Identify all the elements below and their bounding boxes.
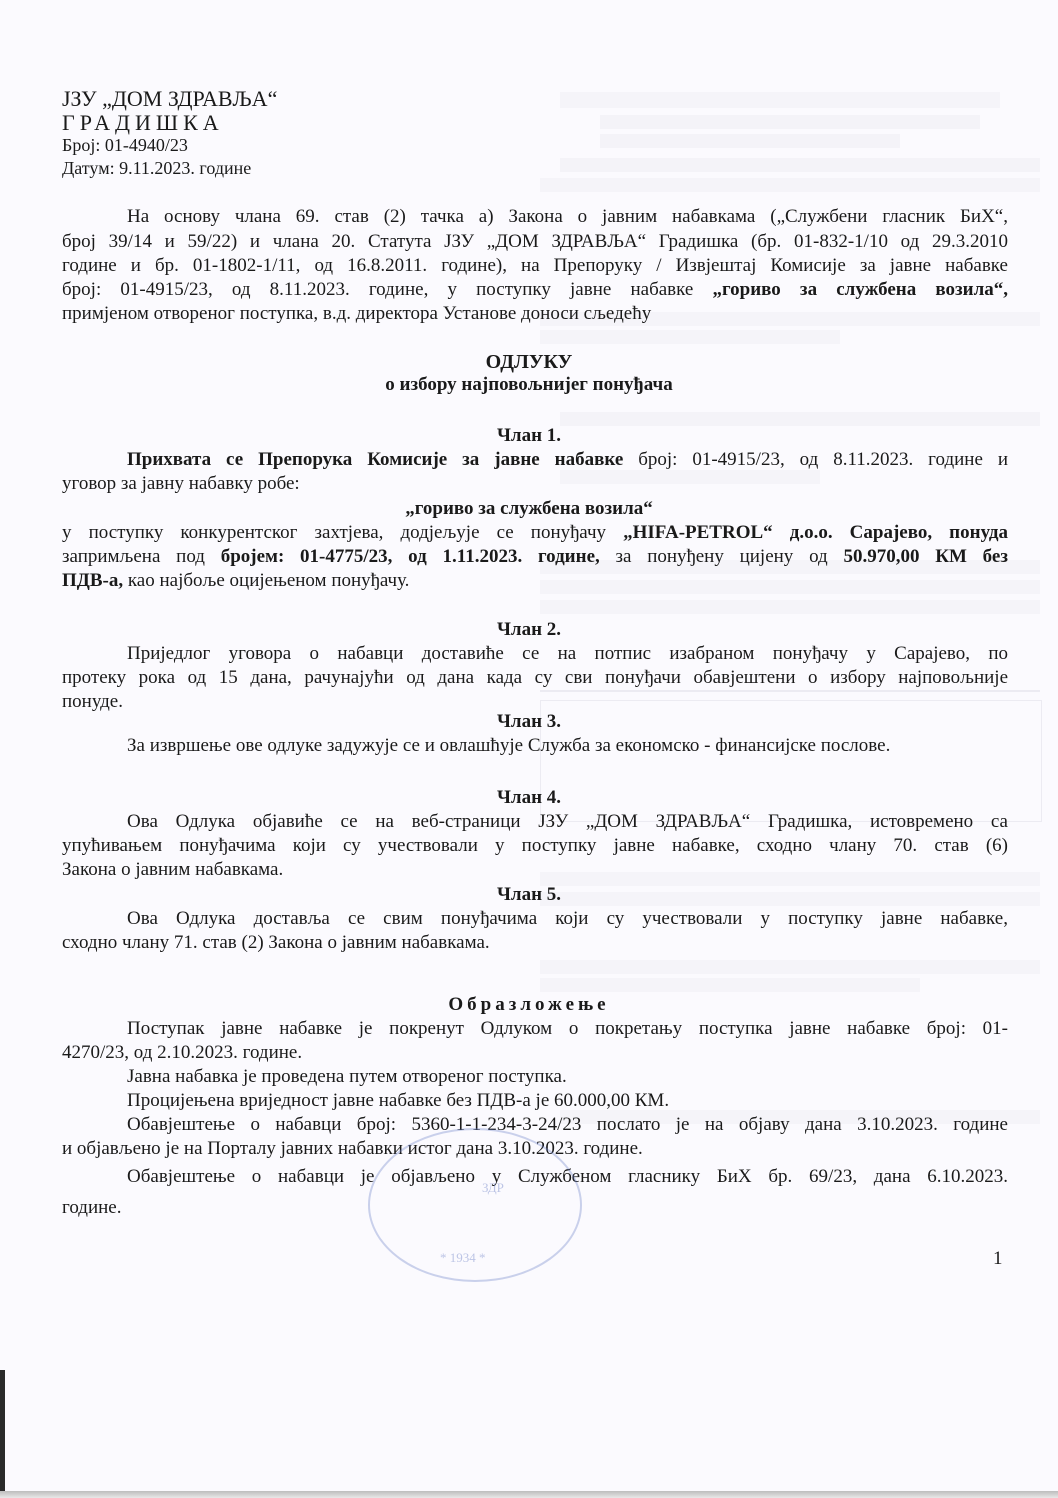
procurement-subject: „гориво за службена возила“, [712,279,1008,300]
article-heading: Члан 2. [0,618,1058,642]
article-line: протеку рока од 15 дана, рачунајући од д… [62,666,1008,690]
article-line: сходно члану 71. став (2) Закона о јавни… [62,931,490,955]
offered-price: 50.970,00 КМ без [843,546,1008,567]
institution-name: ЈЗУ „ДОМ ЗДРАВЉА“ [62,86,277,112]
reasoning-heading: Образложење [0,993,1058,1017]
preamble-line: године и бр. 01-1802-1/11, од 16.8.2011.… [62,254,1008,278]
reasoning-line: Процијењена вриједност јавне набавке без… [127,1089,669,1113]
page-number: 1 [993,1248,1003,1270]
article-line: За извршење ове одлуке задужује се и овл… [127,734,890,758]
article-heading: Члан 5. [0,883,1058,907]
decision-subtitle: о избору најповољнијег понуђача [0,373,1058,397]
article-line: у поступку конкурентског захтјева, додје… [62,521,1008,545]
selected-bidder: „HIFA-PETROL“ д.о.о. Сарајево, понуда [623,522,1008,543]
article-line: Ова Одлука објавиће се на веб-страници Ј… [127,810,1008,834]
article-line: Приједлог уговора о набавци доставиће се… [127,642,1008,666]
preamble-line: примјеном отвореног поступка, в.д. дирек… [62,302,651,326]
institution-city: ГРАДИШКА [62,110,224,136]
document-date: Датум: 9.11.2023. године [62,157,251,179]
article-line: Прихвата се Препорука Комисије за јавне … [127,448,1008,472]
procurement-subject: „гориво за службена возила“ [0,497,1058,521]
reasoning-line: Јавна набавка је проведена путем отворен… [127,1065,567,1089]
article-line: Ова Одлука доставља се свим понуђачима к… [127,907,1008,931]
article-line: уговор за јавну набавку робе: [62,472,300,496]
preamble-line: број: 01-4915/23, од 8.11.2023. године, … [62,278,1008,302]
decision-title: ОДЛУКУ [0,350,1058,374]
article-line: ПДВ-а, као најбоље оцијењеном понуђачу. [62,569,409,593]
article-heading: Члан 4. [0,786,1058,810]
article-heading: Члан 3. [0,710,1058,734]
article-line: запримљена под бројем: 01-4775/23, од 1.… [62,545,1008,569]
reasoning-line: Поступак јавне набавке је покренут Одлук… [127,1017,1008,1041]
article-line: упућивањем понуђачима који су учествовал… [62,834,1008,858]
scan-edge [0,1370,5,1498]
reasoning-line: 4270/23, од 2.10.2023. године. [62,1041,302,1065]
scan-edge [0,1491,1058,1498]
article-heading: Члан 1. [0,424,1058,448]
document-page: ЈЗУ „ДОМ ЗДРАВЉА“ ГРАДИШКА Број: 01-4940… [0,0,1058,1498]
article-line: Закона о јавним набавкама. [62,858,283,882]
document-number: Број: 01-4940/23 [62,134,188,156]
preamble-line: број 39/14 и 59/22) и члана 20. Статута … [62,230,1008,254]
official-stamp: ЗДР * 1934 * [368,1128,582,1282]
reasoning-line: године. [62,1196,121,1220]
preamble-line: На основу члана 69. став (2) тачка а) За… [127,205,1008,229]
reasoning-line: Обавјештење о набавци број: 5360-1-1-234… [127,1113,1008,1137]
